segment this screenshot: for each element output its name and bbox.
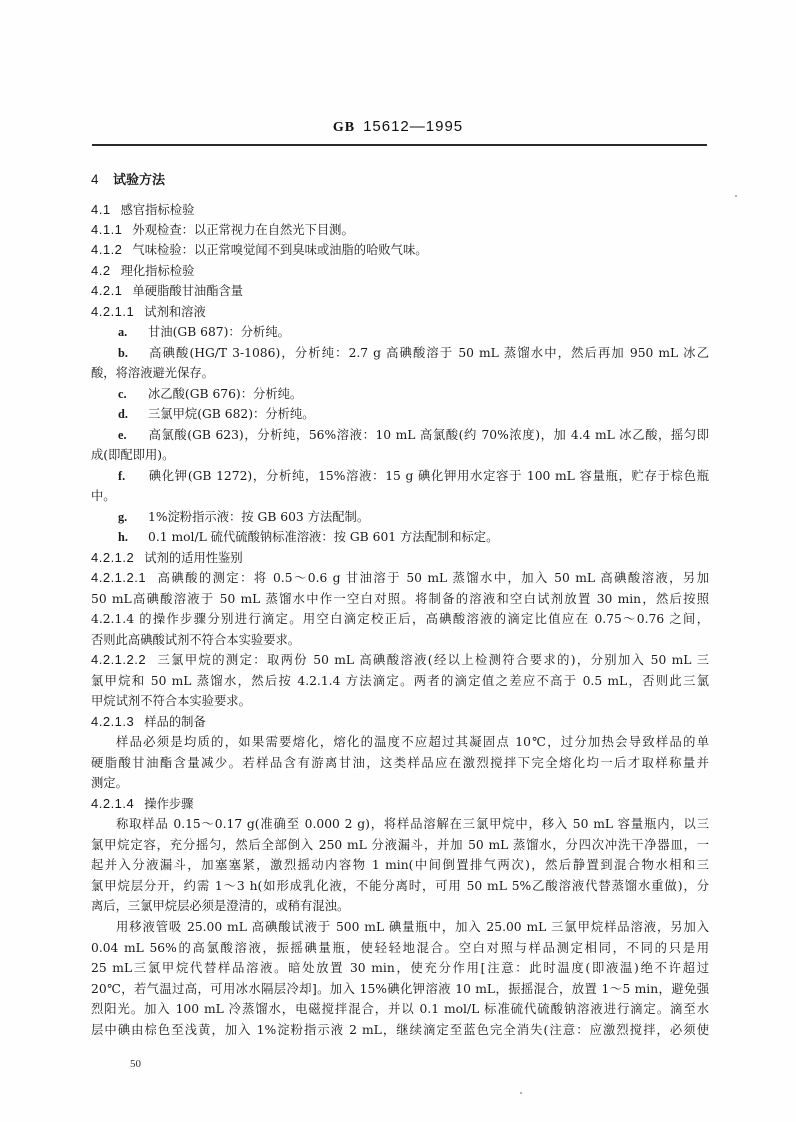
line-text: 操作步骤 [144, 797, 193, 811]
item-letter: h. [118, 527, 148, 547]
subsection-line: 4.2.1.1试剂和溶液 [91, 302, 709, 322]
scan-speck [520, 1092, 522, 1094]
line-text: 高碘酸(HG/T 3-1086)，分析纯：2.7 g 高碘酸溶于 50 mL 蒸… [148, 346, 709, 360]
line-text: 成(即配即用)。 [91, 448, 174, 462]
text-line: 氯甲烷和 50 mL 蒸馏水，然后按 4.2.1.4 方法滴定。两者的滴定值之差… [91, 671, 709, 691]
subsection-line: 4.2理化指标检验 [91, 261, 709, 281]
text-line: 离后，三氯甲烷层必须是澄清的，或稍有混浊。 [91, 896, 709, 916]
text-line: 成(即配即用)。 [91, 445, 709, 465]
text-line: 称取样品 0.15～0.17 g(准确至 0.000 2 g)，将样品溶解在三氯… [91, 814, 709, 834]
clause-number: 4.1.2 [91, 242, 122, 257]
scan-speck [735, 195, 737, 197]
line-text: 氯甲烷定容，充分摇匀，然后全部倒入 250 mL 分液漏斗，并加 50 mL 蒸… [91, 838, 709, 852]
line-text: 高氯酸(GB 623)，分析纯，56%溶液：10 mL 高氯酸(约 70%浓度)… [148, 428, 709, 442]
clause-number: 4.2 [91, 263, 111, 278]
text-line: 否则此高碘酸试剂不符合本实验要求。 [91, 630, 709, 650]
clause-number: 4.2.1.2 [91, 550, 134, 565]
clause-number: 4.2.1.2.1 [91, 570, 146, 585]
line-text: 中。 [91, 489, 116, 503]
line-text: 试剂的适用性鉴别 [144, 551, 242, 565]
text-line: 甲烷试剂不符合本实验要求。 [91, 691, 709, 711]
document-page: GB15612—1995 4试验方法 4.1感官指标检验4.1.1外观检查：以正… [0, 0, 796, 1122]
line-text: 0.1 mol/L 硫代硫酸钠标准溶液：按 GB 601 方法配制和标定。 [148, 530, 498, 544]
line-text: 20℃，若气温过高，可用冰水隔层冷却]。加入 15%碘化钾溶液 10 mL，振摇… [91, 982, 709, 996]
list-item: c.冰乙酸(GB 676)：分析纯。 [91, 384, 709, 404]
clause-number: 4.1.1 [91, 222, 122, 237]
scan-speck [690, 1015, 691, 1016]
standard-number: 15612—1995 [363, 118, 463, 135]
text-line: 氯甲烷层分开，约需 1～3 h(如形成乳化液，不能分离时，可用 50 mL 5%… [91, 876, 709, 896]
text-line: 25 mL三氯甲烷代替样品溶液。暗处放置 30 min，使充分作用[注意：此时温… [91, 958, 709, 978]
text-line: 4.2.1.4 的操作步骤分别进行滴定。用空白滴定校正后，高碘酸溶液的滴定比值应… [91, 609, 709, 629]
text-line: 0.04 mL 56%的高氯酸溶液，振摇碘量瓶，使轻轻地混合。空白对照与样品测定… [91, 938, 709, 958]
text-line: 硬脂酸甘油酯含量减少。若样品含有游离甘油，这类样品应在激烈搅拌下完全熔化均一后才… [91, 753, 709, 773]
list-item: f.碘化钾(GB 1272)，分析纯，15%溶液：15 g 碘化钾用水定容于 1… [91, 466, 709, 486]
text-line: 用移液管吸 25.00 mL 高碘酸试液于 500 mL 碘量瓶中，加入 25.… [91, 917, 709, 937]
subsection-line: 4.2.1.2试剂的适用性鉴别 [91, 548, 709, 568]
clause-number: 4.1 [91, 202, 111, 217]
clause-number: 4.2.1 [91, 283, 122, 298]
line-text: 层中碘由棕色至浅黄，加入 1%淀粉指示液 2 mL，继续滴定至蓝色完全消失(注意… [91, 1023, 709, 1037]
line-text: 外观检查：以正常视力在自然光下目测。 [132, 223, 353, 237]
text-line: 层中碘由棕色至浅黄，加入 1%淀粉指示液 2 mL，继续滴定至蓝色完全消失(注意… [91, 1020, 709, 1040]
subsection-line: 4.1.2气味检验：以正常嗅觉闻不到臭味或油脂的哈败气味。 [91, 240, 709, 260]
line-text: 离后，三氯甲烷层必须是澄清的，或稍有混浊。 [91, 899, 349, 913]
line-text: 感官指标检验 [121, 203, 195, 217]
subsection-line: 4.1.1外观检查：以正常视力在自然光下目测。 [91, 220, 709, 240]
standard-prefix: GB [333, 120, 355, 135]
line-text: 起并入分液漏斗，加塞塞紧，激烈摇动内容物 1 min(中间倒置排气两次)，然后静… [91, 858, 709, 872]
list-item: g.1%淀粉指示液：按 GB 603 方法配制。 [91, 507, 709, 527]
clause-number: 4.2.1.2.2 [91, 652, 146, 667]
subsection-line: 4.2.1单硬脂酸甘油酯含量 [91, 281, 709, 301]
line-text: 样品必须是均质的，如果需要熔化，熔化的温度不应超过其凝固点 10℃，过分加热会导… [116, 735, 709, 749]
line-text: 样品的制备 [144, 715, 206, 729]
line-text: 硬脂酸甘油酯含量减少。若样品含有游离甘油，这类样品应在激烈搅拌下完全熔化均一后才… [91, 756, 709, 770]
subsection-line: 4.2.1.2.2三氯甲烷的测定：取两份 50 mL 高碘酸溶液(经以上检测符合… [91, 650, 709, 670]
text-line: 20℃，若气温过高，可用冰水隔层冷却]。加入 15%碘化钾溶液 10 mL，振摇… [91, 979, 709, 999]
line-text: 酸，将溶液避光保存。 [91, 366, 214, 380]
section-number: 4 [91, 172, 99, 187]
text-line: 酸，将溶液避光保存。 [91, 363, 709, 383]
list-item: a.甘油(GB 687)：分析纯。 [91, 322, 709, 342]
text-line: 起并入分液漏斗，加塞塞紧，激烈摇动内容物 1 min(中间倒置排气两次)，然后静… [91, 855, 709, 875]
text-line: 样品必须是均质的，如果需要熔化，熔化的温度不应超过其凝固点 10℃，过分加热会导… [91, 732, 709, 752]
item-letter: d. [118, 404, 148, 424]
line-text: 气味检验：以正常嗅觉闻不到臭味或油脂的哈败气味。 [132, 243, 427, 257]
header-rule [92, 144, 707, 146]
subsection-line: 4.2.1.4操作步骤 [91, 794, 709, 814]
line-text: 50 mL高碘酸溶液于 50 mL 蒸馏水中作一空白对照。将制备的溶液和空白试剂… [91, 592, 709, 606]
line-text: 测定。 [91, 776, 128, 790]
item-letter: c. [118, 384, 148, 404]
item-letter: e. [118, 425, 148, 445]
page-header: GB15612—1995 [0, 118, 796, 136]
item-letter: a. [118, 322, 148, 342]
line-text: 甘油(GB 687)：分析纯。 [148, 325, 290, 339]
line-text: 氯甲烷和 50 mL 蒸馏水，然后按 4.2.1.4 方法滴定。两者的滴定值之差… [91, 674, 709, 688]
line-text: 否则此高碘酸试剂不符合本实验要求。 [91, 633, 300, 647]
clause-number: 4.2.1.1 [91, 304, 134, 319]
line-text: 单硬脂酸甘油酯含量 [132, 284, 243, 298]
text-line: 烈阳光。加入 100 mL 冷蒸馏水，电磁搅拌混合，并以 0.1 mol/L 标… [91, 999, 709, 1019]
line-text: 4.2.1.4 的操作步骤分别进行滴定。用空白滴定校正后，高碘酸溶液的滴定比值应… [91, 612, 709, 626]
line-text: 25 mL三氯甲烷代替样品溶液。暗处放置 30 min，使充分作用[注意：此时温… [91, 961, 709, 975]
subsection-line: 4.1感官指标检验 [91, 200, 709, 220]
page-number: 50 [130, 1058, 141, 1070]
line-text: 甲烷试剂不符合本实验要求。 [91, 694, 251, 708]
subsection-line: 4.2.1.3样品的制备 [91, 712, 709, 732]
line-text: 用移液管吸 25.00 mL 高碘酸试液于 500 mL 碘量瓶中，加入 25.… [116, 920, 709, 934]
line-text: 理化指标检验 [121, 264, 195, 278]
line-text: 冰乙酸(GB 676)：分析纯。 [148, 387, 302, 401]
clause-number: 4.2.1.3 [91, 714, 134, 729]
subsection-line: 4.2.1.2.1高碘酸的测定：将 0.5～0.6 g 甘油溶于 50 mL 蒸… [91, 568, 709, 588]
line-text: 高碘酸的测定：将 0.5～0.6 g 甘油溶于 50 mL 蒸馏水中，加入 50… [156, 571, 709, 585]
section-heading: 4试验方法 [91, 170, 709, 190]
text-line: 50 mL高碘酸溶液于 50 mL 蒸馏水中作一空白对照。将制备的溶液和空白试剂… [91, 589, 709, 609]
list-item: d.三氯甲烷(GB 682)：分析纯。 [91, 404, 709, 424]
item-letter: g. [118, 507, 148, 527]
item-letter: f. [118, 466, 148, 486]
list-item: e.高氯酸(GB 623)，分析纯，56%溶液：10 mL 高氯酸(约 70%浓… [91, 425, 709, 445]
list-item: b.高碘酸(HG/T 3-1086)，分析纯：2.7 g 高碘酸溶于 50 mL… [91, 343, 709, 363]
line-text: 1%淀粉指示液：按 GB 603 方法配制。 [148, 510, 369, 524]
clause-number: 4.2.1.4 [91, 796, 134, 811]
line-text: 0.04 mL 56%的高氯酸溶液，振摇碘量瓶，使轻轻地混合。空白对照与样品测定… [91, 941, 709, 955]
line-text: 碘化钾(GB 1272)，分析纯，15%溶液：15 g 碘化钾用水定容于 100… [148, 469, 709, 483]
line-text: 氯甲烷层分开，约需 1～3 h(如形成乳化液，不能分离时，可用 50 mL 5%… [91, 879, 709, 893]
item-letter: b. [118, 343, 148, 363]
line-text: 三氯甲烷(GB 682)：分析纯。 [148, 407, 315, 421]
section-title: 试验方法 [113, 173, 165, 188]
line-text: 试剂和溶液 [144, 305, 206, 319]
line-text: 三氯甲烷的测定：取两份 50 mL 高碘酸溶液(经以上检测符合要求的)，分别加入… [156, 653, 709, 667]
line-text: 烈阳光。加入 100 mL 冷蒸馏水，电磁搅拌混合，并以 0.1 mol/L 标… [91, 1002, 709, 1016]
text-line: 氯甲烷定容，充分摇匀，然后全部倒入 250 mL 分液漏斗，并加 50 mL 蒸… [91, 835, 709, 855]
text-line: 中。 [91, 486, 709, 506]
list-item: h.0.1 mol/L 硫代硫酸钠标准溶液：按 GB 601 方法配制和标定。 [91, 527, 709, 547]
line-text: 称取样品 0.15～0.17 g(准确至 0.000 2 g)，将样品溶解在三氯… [116, 817, 709, 831]
text-line: 测定。 [91, 773, 709, 793]
